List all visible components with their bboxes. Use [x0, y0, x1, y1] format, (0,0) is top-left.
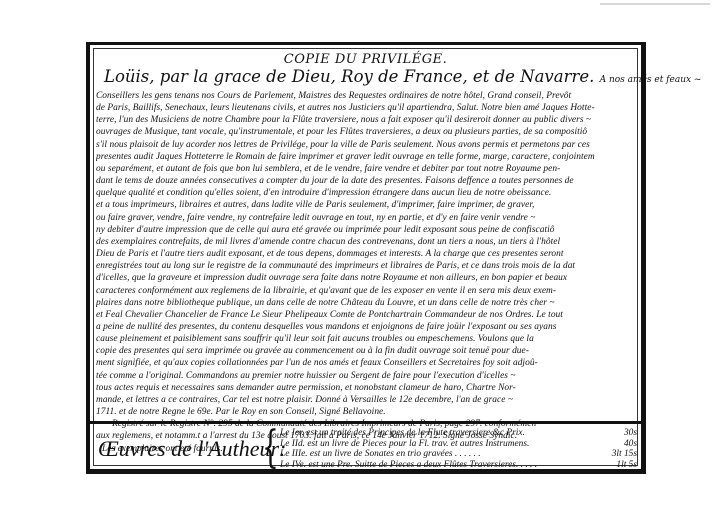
privilege-line: ny debiter d'autre impression que de cel…: [96, 224, 635, 236]
work-item: Le IId. est un livre de Pieces pour la F…: [280, 439, 637, 450]
work-item: Le IVe. est une Pre. Suitte de Pieces a …: [280, 460, 637, 471]
privilege-line: plaires dans notre bibliotheque publique…: [96, 297, 635, 309]
privilege-line: s'il nous plaisoit de luy acorder nos le…: [96, 139, 635, 151]
privilege-line: terre, l'un des Musiciens de notre Chamb…: [96, 114, 635, 126]
work-description: Le IIIe. est un livre de Sonates en trio…: [280, 449, 608, 460]
privilege-line: 1711. et de notre Regne le 69e. Par le R…: [96, 406, 635, 418]
privilege-line: tous actes requis et necessaires sans de…: [96, 382, 635, 394]
work-description: Le Ier. est un traité des Principes de l…: [280, 428, 620, 439]
opening-line: Loüis, par la grace de Dieu, Roy de Fran…: [104, 67, 635, 90]
work-price: 1lt 5s: [612, 460, 637, 471]
privilege-line: copie des presentes qui sera imprimée ou…: [96, 345, 635, 357]
privilege-body: Conseillers les gens tenans nos Cours de…: [96, 90, 635, 418]
work-price: 3lt 15s: [608, 449, 637, 460]
work-description: Le IVe. est une Pre. Suitte de Pieces a …: [280, 460, 612, 471]
works-section: Œuvres de l'Autheur: { Le Ier. est un tr…: [90, 424, 641, 469]
privilege-text-block: COPIE DU PRIVILÉGE. Loüis, par la grace …: [96, 49, 635, 421]
works-heading: Œuvres de l'Autheur:: [98, 436, 286, 462]
work-price: 40s: [620, 439, 637, 450]
privilege-line: enregistrées tout au long sur le registr…: [96, 260, 635, 272]
privilege-line: quelque qualité et condition qu'elles so…: [96, 187, 635, 199]
privilege-line: caracteres conformément aux reglemens de…: [96, 285, 635, 297]
privilege-line: et Feal Chevalier Chancelier de France L…: [96, 309, 635, 321]
work-price: 30s: [620, 428, 637, 439]
engraved-frame: COPIE DU PRIVILÉGE. Loüis, par la grace …: [86, 42, 646, 474]
scan-artifact: [600, 3, 710, 5]
privilege-title: COPIE DU PRIVILÉGE.: [96, 53, 635, 67]
privilege-line: a peine de nullité des presentes, du con…: [96, 321, 635, 333]
privilege-line: de Paris, Baillifs, Senechaux, leurs lie…: [96, 102, 635, 114]
privilege-line: presentes audit Jaques Hotteterre le Rom…: [96, 151, 635, 163]
work-item: Le Ier. est un traité des Principes de l…: [280, 428, 637, 439]
privilege-line: ment signifiée, et qu'aux copies collati…: [96, 357, 635, 369]
privilege-line: d'icelles, que la graveure et impression…: [96, 272, 635, 284]
work-item: Le IIIe. est un livre de Sonates en trio…: [280, 449, 637, 460]
opening-salutation: Loüis, par la grace de Dieu, Roy de Fran…: [104, 67, 594, 86]
works-list: Le Ier. est un traité des Principes de l…: [280, 428, 637, 470]
privilege-line: ou separément, et autant de fois que bon…: [96, 163, 635, 175]
brace-glyph: {: [262, 426, 279, 470]
privilege-line: tée comme a l'original. Commandons au pr…: [96, 370, 635, 382]
privilege-line: ou faire graver, vendre, faire vendre, n…: [96, 212, 635, 224]
opening-addressee: A nos amés et feaux ~: [600, 75, 702, 85]
privilege-line: mande, et lettres a ce contraires, Car t…: [96, 394, 635, 406]
privilege-line: Conseillers les gens tenans nos Cours de…: [96, 90, 635, 102]
work-description: Le IId. est un livre de Pieces pour la F…: [280, 439, 620, 450]
privilege-line: cause pleinement et paisiblement sans so…: [96, 333, 635, 345]
privilege-line: ouvrages de Musique, tant vocale, qu'ins…: [96, 126, 635, 138]
privilege-line: Dieu de Paris et l'autre tiers audit exp…: [96, 248, 635, 260]
privilege-line: des exemplaires contrefaits, de mil livr…: [96, 236, 635, 248]
privilege-line: et a tous imprimeurs, libraires et autre…: [96, 199, 635, 211]
privilege-line: dant le tems de douze années consecutive…: [96, 175, 635, 187]
